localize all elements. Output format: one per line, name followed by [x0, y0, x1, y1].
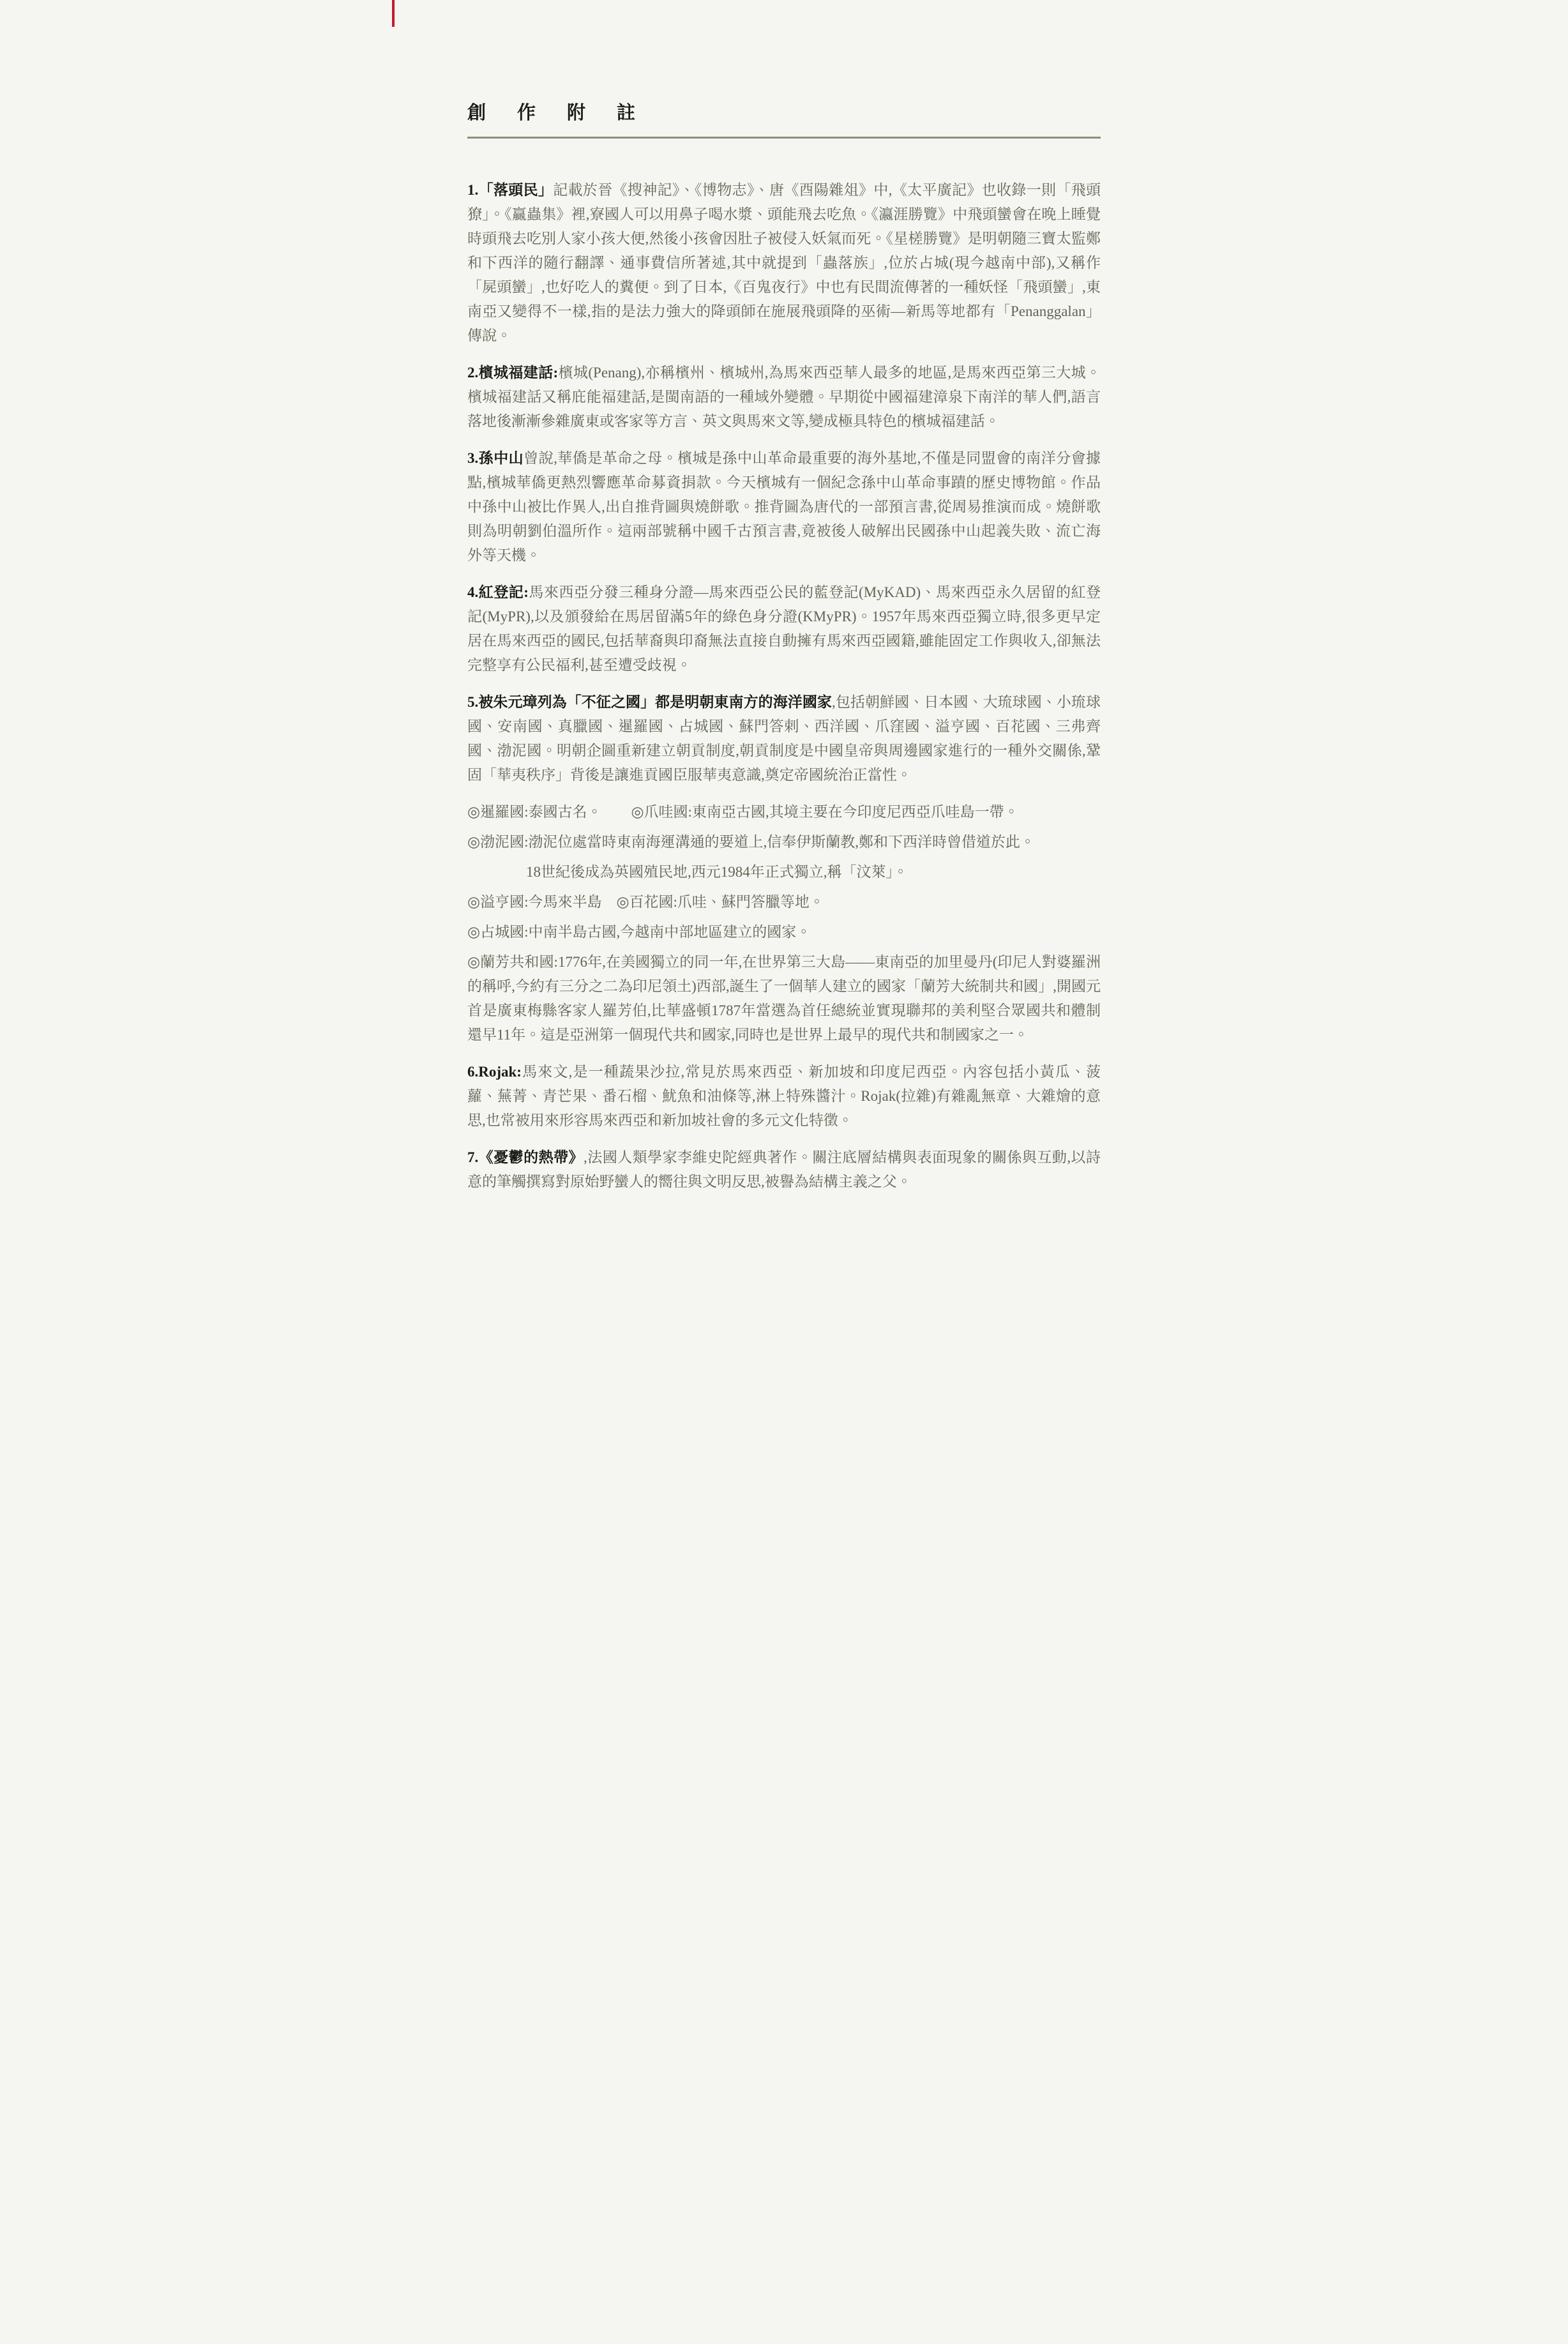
sub-note-boni-continued: 18世紀後成為英國殖民地,西元1984年正式獨立,稱「汶萊」。 — [467, 860, 1101, 884]
note-4-body: 馬來西亞分發三種身分證—馬來西亞公民的藍登記(MyKAD)、馬來西亞永久居留的紅… — [467, 584, 1101, 673]
note-2-lead: 2.檳城福建話: — [467, 365, 558, 381]
note-3-body: 曾說,華僑是革命之母。檳城是孫中山革命最重要的海外基地,不僅是同盟會的南洋分會據… — [467, 450, 1101, 563]
note-4-lead: 4.紅登記: — [467, 584, 529, 600]
title-divider — [467, 137, 1101, 139]
sub-note-boni-continued-text: 18世紀後成為英國殖民地,西元1984年正式獨立,稱「汶萊」。 — [526, 864, 908, 880]
note-7-tristes-tropiques: 7.《憂鬱的熱帶》,法國人類學家李維史陀經典著作。關注底層結構與表面現象的關係與… — [467, 1146, 1101, 1194]
page-title: 創作附註 — [467, 0, 1101, 124]
note-1-body: 記載於晉《搜神記》、《博物志》、唐《酉陽雜俎》中,《太平廣記》也收錄一則「飛頭獠… — [467, 182, 1101, 344]
note-1-lead: 1.「落頭民」 — [467, 182, 553, 198]
red-corner-mark — [392, 0, 395, 27]
note-2-body: 檳城(Penang),亦稱檳州、檳城州,為馬來西亞華人最多的地區,是馬來西亞第三… — [467, 365, 1101, 429]
sub-note-siam-java: ◎暹羅國:泰國古名。 ◎爪哇國:東南亞古國,其境主要在今印度尼西亞爪哇島一帶。 — [467, 800, 1101, 824]
sub-note-lanfang-republic-text: ◎蘭芳共和國:1776年,在美國獨立的同一年,在世界第三大島——東南亞的加里曼丹… — [467, 954, 1101, 1043]
sub-note-boni-text: ◎渤泥國:渤泥位處當時東南海運溝通的要道上,信奉伊斯蘭教,鄭和下西洋時曾借道於此… — [467, 834, 1035, 850]
note-3-sun-yat-sen: 3.孫中山曾說,華僑是革命之母。檳城是孫中山革命最重要的海外基地,不僅是同盟會的… — [467, 446, 1101, 568]
document-page: 創作附註 1.「落頭民」記載於晉《搜神記》、《博物志》、唐《酉陽雜俎》中,《太平… — [392, 0, 1176, 1236]
note-5-non-conquest-states: 5.被朱元璋列為「不征之國」都是明朝東南方的海洋國家,包括朝鮮國、日本國、大琉球… — [467, 690, 1101, 787]
note-2-penang-hokkien: 2.檳城福建話:檳城(Penang),亦稱檳州、檳城州,為馬來西亞華人最多的地區… — [467, 361, 1101, 434]
note-3-lead: 3.孫中山 — [467, 450, 524, 466]
sub-note-siam-java-text: ◎暹羅國:泰國古名。 ◎爪哇國:東南亞古國,其境主要在今印度尼西亞爪哇島一帶。 — [467, 804, 1019, 820]
sub-note-yiheng-baihua-text: ◎溢亨國:今馬來半島 ◎百花國:爪哇、蘇門答臘等地。 — [467, 894, 824, 910]
note-6-lead: 6.Rojak: — [467, 1064, 522, 1080]
sub-note-lanfang-republic: ◎蘭芳共和國:1776年,在美國獨立的同一年,在世界第三大島——東南亞的加里曼丹… — [467, 950, 1101, 1047]
sub-note-champa-text: ◎占城國:中南半島古國,今越南中部地區建立的國家。 — [467, 924, 811, 940]
note-6-rojak: 6.Rojak:馬來文,是一種蔬果沙拉,常見於馬來西亞、新加坡和印度尼西亞。內容… — [467, 1060, 1101, 1133]
note-1-luotoumin: 1.「落頭民」記載於晉《搜神記》、《博物志》、唐《酉陽雜俎》中,《太平廣記》也收… — [467, 178, 1101, 348]
note-5-lead: 5.被朱元璋列為「不征之國」都是明朝東南方的海洋國家 — [467, 694, 832, 710]
sub-note-yiheng-baihua: ◎溢亨國:今馬來半島 ◎百花國:爪哇、蘇門答臘等地。 — [467, 890, 1101, 914]
note-4-red-ic: 4.紅登記:馬來西亞分發三種身分證—馬來西亞公民的藍登記(MyKAD)、馬來西亞… — [467, 580, 1101, 677]
sub-note-boni: ◎渤泥國:渤泥位處當時東南海運溝通的要道上,信奉伊斯蘭教,鄭和下西洋時曾借道於此… — [467, 830, 1101, 854]
note-7-lead: 7.《憂鬱的熱帶》 — [467, 1149, 584, 1165]
note-6-body: 馬來文,是一種蔬果沙拉,常見於馬來西亞、新加坡和印度尼西亞。內容包括小黃瓜、菠蘿… — [467, 1064, 1101, 1128]
notes-section: 1.「落頭民」記載於晉《搜神記》、《博物志》、唐《酉陽雜俎》中,《太平廣記》也收… — [467, 178, 1101, 1194]
sub-note-champa: ◎占城國:中南半島古國,今越南中部地區建立的國家。 — [467, 920, 1101, 944]
